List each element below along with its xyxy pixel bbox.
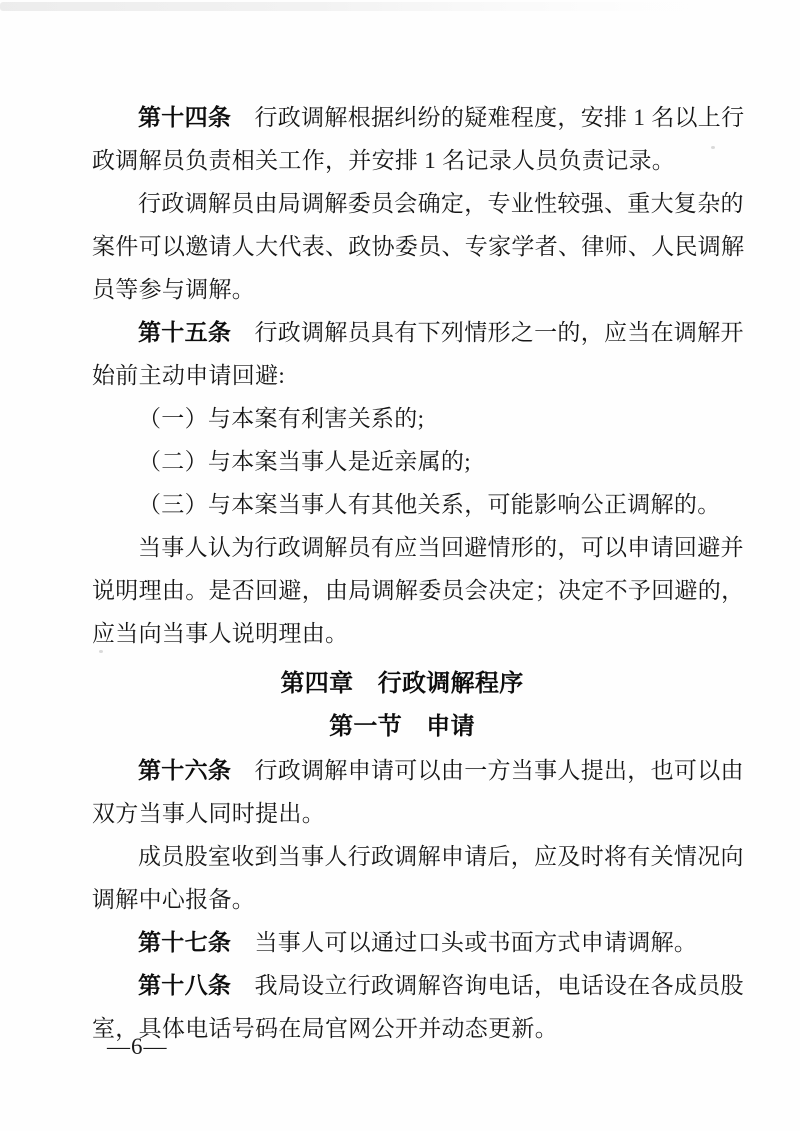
page-number: —6— bbox=[107, 1034, 168, 1060]
line-text: （二）与本案当事人是近亲属的; bbox=[138, 449, 471, 474]
line-text: 始前主动申请回避: bbox=[92, 363, 285, 388]
line-text: （三）与本案当事人有其他关系，可能影响公正调解的。 bbox=[138, 492, 721, 517]
text-line: 案件可以邀请人大代表、政协委员、专家学者、律师、人民调解 bbox=[92, 225, 712, 268]
section-heading: 第一节 申请 bbox=[92, 706, 712, 749]
scan-speck bbox=[99, 650, 103, 653]
line-text: 案件可以邀请人大代表、政协委员、专家学者、律师、人民调解 bbox=[92, 234, 744, 259]
heading-text: 第一节 申请 bbox=[329, 714, 475, 740]
text-line: 应当向当事人说明理由。 bbox=[92, 612, 712, 655]
text-line: 第十五条 行政调解员具有下列情形之一的，应当在调解开 bbox=[92, 311, 712, 354]
line-text: 当事人认为行政调解员有应当回避情形的，可以申请回避并 bbox=[138, 535, 744, 560]
text-line: 说明理由。是否回避，由局调解委员会决定；决定不予回避的， bbox=[92, 569, 712, 612]
document-content: 第十四条 行政调解根据纠纷的疑难程度，安排 1 名以上行 政调解员负责相关工作，… bbox=[92, 96, 712, 1050]
line-text: 调解中心报备。 bbox=[92, 887, 255, 912]
list-item: （一）与本案有利害关系的; bbox=[92, 397, 712, 440]
line-text: 应当向当事人说明理由。 bbox=[92, 621, 348, 646]
article-number: 第十五条 bbox=[138, 320, 231, 345]
list-item: （二）与本案当事人是近亲属的; bbox=[92, 440, 712, 483]
text-line: 第十八条 我局设立行政调解咨询电话，电话设在各成员股 bbox=[92, 964, 712, 1007]
chapter-heading: 第四章 行政调解程序 bbox=[92, 663, 712, 706]
line-text: 我局设立行政调解咨询电话，电话设在各成员股 bbox=[231, 973, 744, 998]
line-text: 行政调解员具有下列情形之一的，应当在调解开 bbox=[231, 320, 744, 345]
text-line: 调解中心报备。 bbox=[92, 878, 712, 921]
scan-artifact-band bbox=[0, 2, 800, 11]
heading-text: 第四章 行政调解程序 bbox=[281, 671, 524, 697]
line-text: 当事人可以通过口头或书面方式申请调解。 bbox=[231, 930, 697, 955]
line-text: 双方当事人同时提出。 bbox=[92, 801, 325, 826]
text-line: 室，具体电话号码在局官网公开并动态更新。 bbox=[92, 1007, 712, 1050]
line-text: 行政调解申请可以由一方当事人提出，也可以由 bbox=[231, 758, 744, 783]
article-number: 第十四条 bbox=[138, 105, 231, 130]
document-page: 第十四条 行政调解根据纠纷的疑难程度，安排 1 名以上行 政调解员负责相关工作，… bbox=[0, 0, 800, 1131]
text-line: 行政调解员由局调解委员会确定，专业性较强、重大复杂的 bbox=[92, 182, 712, 225]
text-line: 第十七条 当事人可以通过口头或书面方式申请调解。 bbox=[92, 921, 712, 964]
line-text: 政调解员负责相关工作，并安排 1 名记录人员负责记录。 bbox=[92, 148, 675, 173]
line-text: 行政调解根据纠纷的疑难程度，安排 1 名以上行 bbox=[231, 105, 744, 130]
text-line: 始前主动申请回避: bbox=[92, 354, 712, 397]
article-number: 第十六条 bbox=[138, 758, 231, 783]
line-text: 说明理由。是否回避，由局调解委员会决定；决定不予回避的， bbox=[92, 578, 744, 603]
text-line: 员等参与调解。 bbox=[92, 268, 712, 311]
line-text: 成员股室收到当事人行政调解申请后，应及时将有关情况向 bbox=[138, 844, 744, 869]
list-item: （三）与本案当事人有其他关系，可能影响公正调解的。 bbox=[92, 483, 712, 526]
text-line: 成员股室收到当事人行政调解申请后，应及时将有关情况向 bbox=[92, 835, 712, 878]
text-line: 当事人认为行政调解员有应当回避情形的，可以申请回避并 bbox=[92, 526, 712, 569]
text-line: 双方当事人同时提出。 bbox=[92, 792, 712, 835]
line-text: 行政调解员由局调解委员会确定，专业性较强、重大复杂的 bbox=[138, 191, 744, 216]
text-line: 政调解员负责相关工作，并安排 1 名记录人员负责记录。 bbox=[92, 139, 712, 182]
scan-speck bbox=[711, 146, 715, 149]
text-line: 第十六条 行政调解申请可以由一方当事人提出，也可以由 bbox=[92, 749, 712, 792]
article-number: 第十八条 bbox=[138, 973, 231, 998]
line-text: （一）与本案有利害关系的; bbox=[138, 406, 424, 431]
text-line: 第十四条 行政调解根据纠纷的疑难程度，安排 1 名以上行 bbox=[92, 96, 712, 139]
article-number: 第十七条 bbox=[138, 930, 231, 955]
line-text: 员等参与调解。 bbox=[92, 277, 255, 302]
